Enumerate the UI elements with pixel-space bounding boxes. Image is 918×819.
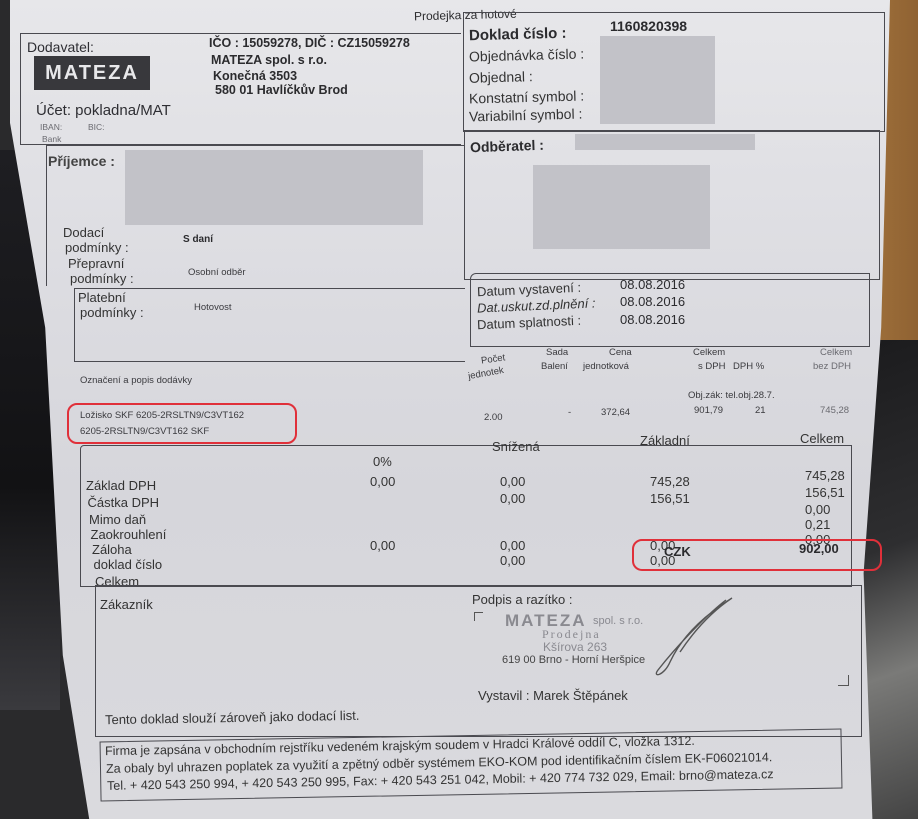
constant-symbol-label: Konstatní symbol : [469, 87, 585, 106]
supplier-account: Účet: pokladna/MAT [36, 102, 171, 119]
payment-terms-label-1: Platební [78, 290, 126, 305]
col-price-1: Cena [609, 347, 632, 358]
redacted-customer-address [533, 165, 710, 249]
col-pack-2: Balení [541, 361, 568, 372]
handwritten-signature [640, 592, 740, 682]
item-highlight-annotation [67, 403, 297, 444]
summary-total-value: 0,21 [805, 517, 830, 532]
delivery-terms-label-1: Dodací [63, 225, 104, 240]
taxable-date-value: 08.08.2016 [620, 294, 685, 309]
issue-date-value: 08.08.2016 [620, 277, 685, 292]
summary-zero-value: 0,00 [370, 474, 395, 489]
summary-basic-value: 156,51 [650, 491, 690, 506]
payment-terms-value: Hotovost [194, 302, 232, 313]
col-total-vat-2: s DPH [698, 361, 725, 372]
supplier-city: 580 01 Havlíčkův Brod [215, 83, 348, 97]
payment-terms-box [74, 288, 465, 362]
summary-col-reduced: Snížená [492, 439, 540, 454]
mateza-logo: MATEZA [34, 56, 150, 90]
col-vat-pct: DPH % [733, 361, 764, 372]
bic-label: BIC: [88, 122, 105, 132]
col-total-vat-1: Celkem [693, 347, 725, 358]
summary-total-value: 0,00 [805, 502, 830, 517]
item-unit-price: 372,64 [601, 407, 630, 418]
redacted-customer-name [575, 134, 755, 150]
col-description: Označení a popis dodávky [80, 375, 192, 386]
stamp-city: 619 00 Brno - Horní Heršpice [502, 654, 645, 666]
col-pack-1: Sada [546, 347, 568, 358]
supplier-label: Dodavatel: [27, 39, 94, 55]
bank-label: Bank [42, 134, 61, 144]
summary-zero-value: 0,00 [370, 538, 395, 553]
col-total-novat-1: Celkem [820, 347, 852, 358]
summary-total-value: 156,51 [805, 485, 845, 500]
supplier-street: Konečná 3503 [213, 69, 297, 83]
order-number-label: Objednávka číslo : [469, 45, 585, 64]
due-date-value: 08.08.2016 [620, 312, 685, 327]
summary-reduced-value: 0,00 [500, 538, 525, 553]
iban-label: IBAN: [40, 122, 62, 132]
supplier-ids: IČO : 15059278, DIČ : CZ15059278 [209, 36, 410, 50]
currency-label: CZK [664, 544, 691, 559]
sign-and-stamp-label: Podpis a razítko : [472, 592, 572, 607]
supplier-name: MATEZA spol. s r.o. [211, 53, 327, 67]
summary-row-label: Základ DPH [86, 478, 156, 493]
redacted-order-info [600, 36, 715, 124]
doc-number-label: Doklad číslo : [469, 25, 567, 45]
transport-terms-label-1: Přepravní [68, 256, 124, 271]
stamp-corner-mark-br [838, 675, 849, 686]
summary-col-total: Celkem [800, 431, 844, 446]
item-note: Obj.zák: tel.obj.28.7. [688, 390, 775, 401]
payment-terms-label-2: podmínky : [80, 305, 144, 320]
delivery-terms-label-2: podmínky : [65, 240, 129, 255]
transport-terms-label-2: podmínky : [70, 271, 134, 286]
summary-row-label: Mimo daň [89, 512, 146, 527]
summary-reduced-value: 0,00 [500, 491, 525, 506]
item-total-with-vat: 901,79 [694, 405, 723, 416]
summary-col-basic: Základní [640, 433, 690, 448]
summary-row-label: Záloha [92, 542, 132, 557]
summary-reduced-value: 0,00 [500, 553, 525, 568]
doc-number-value: 1160820398 [610, 18, 687, 34]
summary-basic-value: 745,28 [650, 474, 690, 489]
item-quantity: 2.00 [484, 412, 503, 423]
summary-reduced-value: 0,00 [500, 474, 525, 489]
variable-symbol-label: Variabilní symbol : [469, 106, 583, 125]
ordered-by-label: Objednal : [469, 68, 533, 86]
customer-signature-label: Zákazník [100, 597, 153, 612]
col-price-2: jednotková [583, 361, 629, 372]
summary-row-label: doklad číslo [94, 557, 163, 572]
redacted-recipient [125, 150, 423, 225]
transport-terms-value: Osobní odběr [188, 267, 246, 278]
summary-col-zero: 0% [373, 454, 392, 469]
col-total-novat-2: bez DPH [813, 361, 851, 372]
summary-row-label: Částka DPH [88, 495, 160, 510]
delivery-terms-value: S daní [183, 234, 213, 245]
summary-row-label: Zaokrouhlení [91, 527, 167, 542]
stamp-suffix: spol. s r.o. [593, 615, 643, 627]
stamp-corner-mark [474, 612, 483, 621]
item-total-without-vat: 745,28 [820, 405, 849, 416]
customer-label: Odběratel : [470, 137, 544, 156]
recipient-label: Příjemce : [48, 153, 115, 169]
item-vat-percent: 21 [755, 405, 766, 416]
summary-total-value: 745,28 [805, 468, 845, 483]
grand-total-value: 902,00 [799, 541, 839, 556]
stamp-street: Kšírova 263 [543, 640, 607, 654]
issued-by: Vystavil : Marek Štěpánek [478, 688, 628, 703]
item-pack: - [568, 407, 571, 418]
